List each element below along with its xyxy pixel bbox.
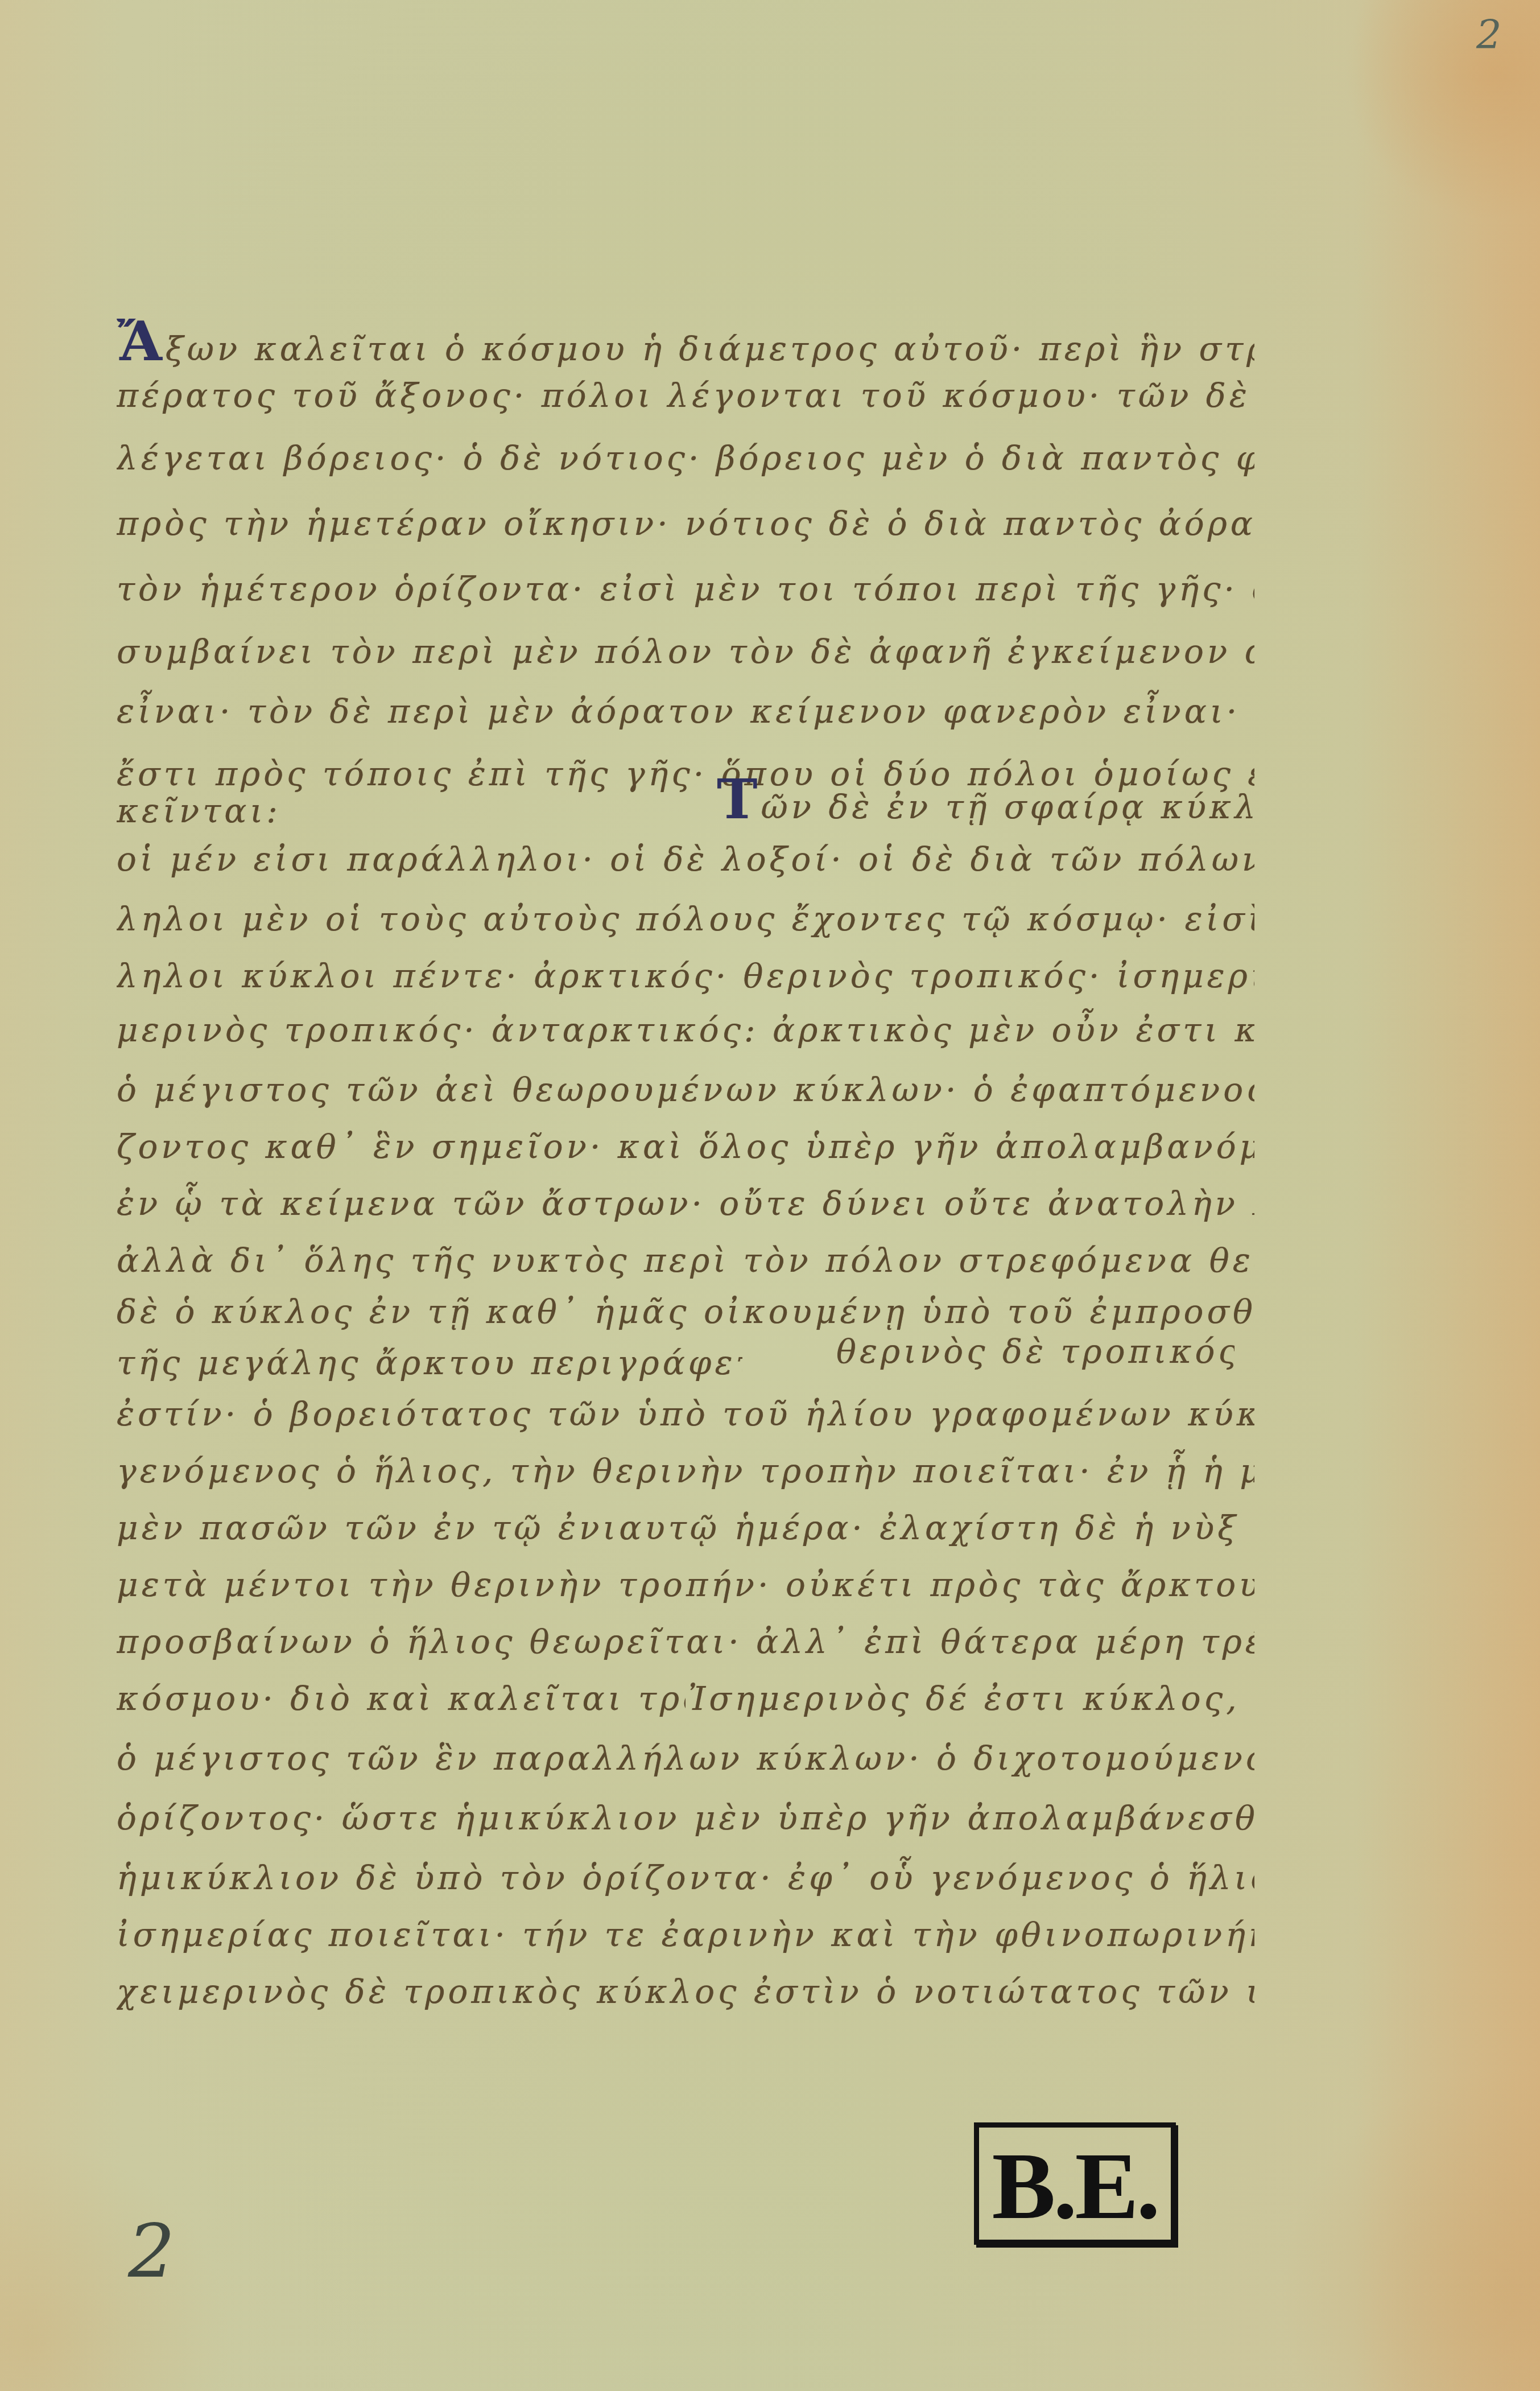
text-line-17: ἐν ᾧ τὰ κείμενα τῶν ἄστρων· οὔτε δύνει ο… <box>117 1181 1254 1226</box>
text-line-22: γενόμενος ὁ ἥλιος, τὴν θερινὴν τροπὴν πο… <box>117 1448 1254 1494</box>
text-line-4: πρὸς τὴν ἡμετέραν οἴκησιν· νότιος δὲ ὁ δ… <box>117 501 1254 546</box>
text-line-28: ὁρίζοντος· ὥστε ἡμικύκλιον μὲν ὑπὲρ γῆν … <box>117 1795 1254 1841</box>
text-line-21: ἐστίν· ὁ βορειότατος τῶν ὑπὸ τοῦ ἡλίου γ… <box>117 1391 1254 1437</box>
manuscript-text-block: Ἄξων καλεῖται ὁ κόσμου ἡ διάμετρος αὐτοῦ… <box>0 0 1540 2391</box>
text-line-31: χειμερινὸς δὲ τροπικὸς κύκλος ἐστὶν ὁ νο… <box>117 1969 1254 2014</box>
text-line-1: Ἄξων καλεῖται ὁ κόσμου ἡ διάμετρος αὐτοῦ… <box>117 319 1254 372</box>
text-line-30: ἰσημερίας ποιεῖται· τήν τε ἐαρινὴν καὶ τ… <box>117 1912 1254 1957</box>
section-heading-line: Τῶν δὲ ἐν τῇ σφαίρᾳ κύκλων, <box>717 777 1257 830</box>
folio-number-bottom: 2 <box>128 2208 175 2294</box>
text-line-25: προσβαίνων ὁ ἥλιος θεωρεῖται· ἀλλ᾽ ἐπὶ θ… <box>117 1619 1254 1664</box>
text-line-26: κόσμου· διὸ καὶ καλεῖται τροπικός: <box>117 1676 686 1721</box>
text-line-19: δὲ ὁ κύκλος ἐν τῇ καθ᾽ ἡμᾶς οἰκουμένῃ ὑπ… <box>117 1289 1254 1334</box>
text-line-11: οἱ μέν εἰσι παράλληλοι· οἱ δὲ λοξοί· οἱ … <box>117 836 1254 882</box>
text-line-20: τῆς μεγάλης ἄρκτου περιγράφεται: <box>117 1340 742 1386</box>
decorated-initial: Ἄ <box>117 319 166 372</box>
text-line-18: ἀλλὰ δι᾽ ὅλης τῆς νυκτὸς περὶ τὸν πόλον … <box>117 1238 1254 1283</box>
text-line-2: πέρατος τοῦ ἄξονος· πόλοι λέγονται τοῦ κ… <box>117 373 1254 418</box>
text-line-15: ὁ μέγιστος τῶν ἀεὶ θεωρουμένων κύκλων· ὁ… <box>117 1067 1254 1112</box>
library-stamp: B.E. <box>974 2122 1176 2245</box>
text-line-13: ληλοι κύκλοι πέντε· ἀρκτικός· θερινὸς τρ… <box>117 953 1254 999</box>
text-line-29: ἡμικύκλιον δὲ ὑπὸ τὸν ὁρίζοντα· ἐφ᾽ οὗ γ… <box>117 1855 1254 1901</box>
decorated-initial: Τ <box>717 777 761 830</box>
text-line-9: κεῖνται: <box>117 788 287 834</box>
text-line-24: μετὰ μέντοι τὴν θερινὴν τροπήν· οὐκέτι π… <box>117 1562 1254 1607</box>
manuscript-page: 2 Ἄξων καλεῖται ὁ κόσμου ἡ διάμετρος αὐτ… <box>0 0 1540 2391</box>
text-line-7: εἶναι· τὸν δὲ περὶ μὲν ἀόρατον κείμενον … <box>117 689 1254 734</box>
text-line-12: ληλοι μὲν οἱ τοὺς αὐτοὺς πόλους ἔχοντες … <box>117 896 1254 942</box>
text-line-6: συμβαίνει τὸν περὶ μὲν πόλον τὸν δὲ ἀφαν… <box>117 629 1254 674</box>
text-line-23: μὲν πασῶν τῶν ἐν τῷ ἐνιαυτῷ ἡμέρα· ἐλαχί… <box>117 1505 1254 1551</box>
stamp-text: B.E. <box>992 2138 1158 2234</box>
text-line-27: ὁ μέγιστος τῶν ἓν παραλλήλων κύκλων· ὁ δ… <box>117 1735 1254 1781</box>
text-line-5: τὸν ἡμέτερον ὁρίζοντα· εἰσὶ μὲν τοι τόπο… <box>117 566 1254 612</box>
text-line-20-trailing: θερινὸς δὲ τροπικός <box>836 1329 1235 1374</box>
text-line-16: ζοντος καθ᾽ ἓν σημεῖον· καὶ ὅλος ὑπὲρ γῆ… <box>117 1124 1254 1169</box>
text-line-26-trailing: Ἰσημερινὸς δέ ἐστι κύκλος, <box>688 1676 1257 1721</box>
text-line-14: μερινὸς τροπικός· ἀνταρκτικός: ἀρκτικὸς … <box>117 1007 1254 1053</box>
text-line-3: λέγεται βόρειος· ὁ δὲ νότιος· βόρειος μὲ… <box>117 435 1254 481</box>
